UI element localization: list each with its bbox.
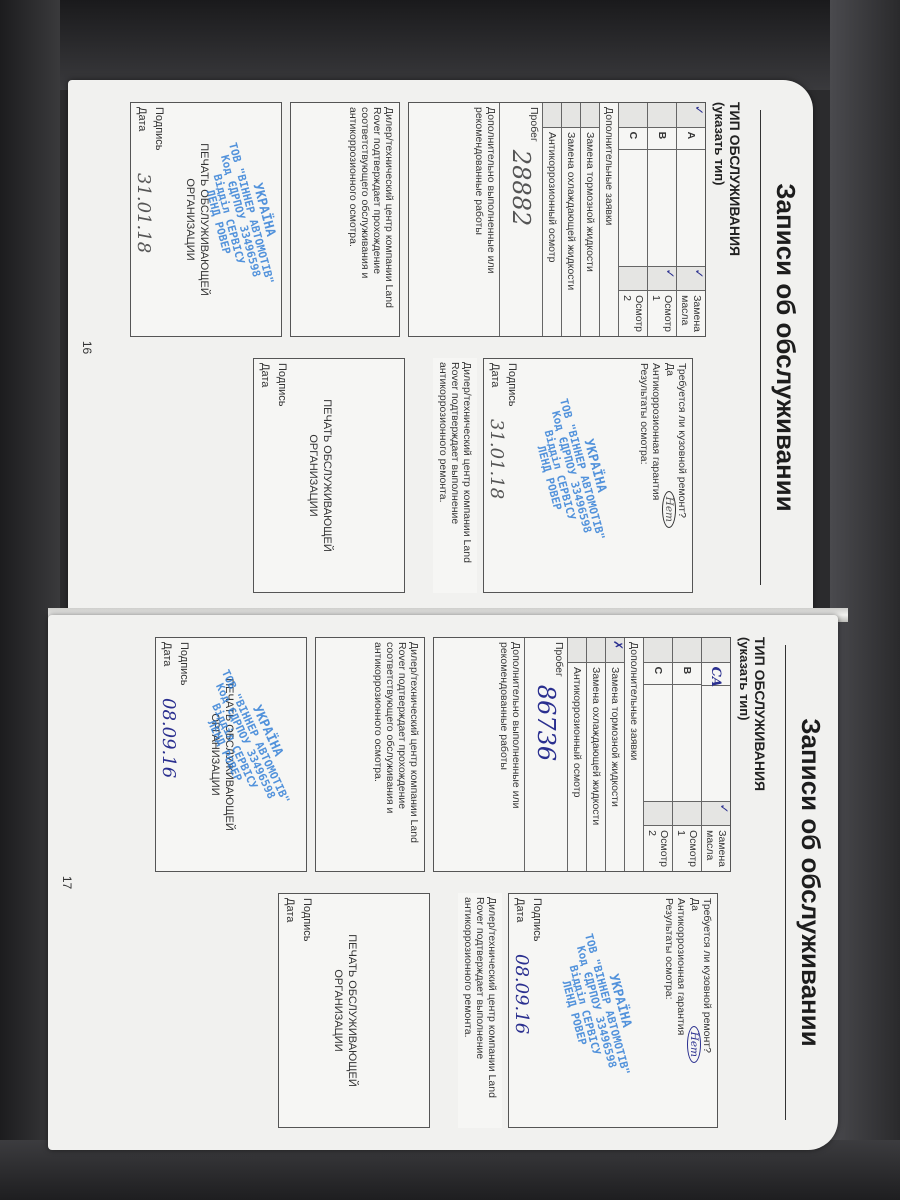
service-type-sub: (указать тип)	[737, 637, 752, 872]
checkbox-brake-fluid[interactable]: ✗	[606, 638, 624, 663]
seal-box: ПЕЧАТЬ ОБСЛУЖИВАЮЩЕЙ ОРГАНИЗАЦИИ Подпись…	[253, 358, 405, 593]
blank-cell	[644, 685, 672, 801]
checkbox-a[interactable]: ✓	[677, 103, 705, 128]
service-type-header: ТИП ОБСЛУЖИВАНИЯ	[727, 102, 743, 337]
extra-label: Антикоррозионный осмотр	[543, 128, 561, 336]
date-label: Дата	[489, 363, 501, 387]
extra-row: Антикоррозионный осмотр	[567, 638, 586, 871]
service-type-table: CA ✓ Замена масла B Осмотр 1 C	[433, 637, 731, 872]
type-letter: B	[648, 128, 676, 151]
date-label: Дата	[284, 898, 296, 922]
page-title: Записи об обслуживании	[795, 615, 826, 1150]
checkbox-c[interactable]	[619, 103, 647, 128]
check-mark-icon: ✓	[692, 269, 706, 279]
service-date[interactable]: 31.01.18	[133, 173, 154, 253]
checkbox-b[interactable]	[673, 638, 701, 663]
extra-row: Замена охлаждающей жидкости	[561, 103, 580, 336]
type-letter: C	[644, 663, 672, 686]
mileage-row: Пробег 28882	[499, 103, 542, 336]
yes-option[interactable]: Да	[687, 898, 701, 911]
type-mark-handwritten: CA	[702, 663, 730, 686]
type-label: Осмотр 1	[648, 291, 676, 336]
blank-cell	[702, 686, 730, 802]
checkbox-anticorrosion[interactable]	[568, 638, 586, 663]
type-row-a: CA ✓ Замена масла	[701, 638, 730, 871]
blank-cell	[619, 150, 647, 266]
seal-label: ПЕЧАТЬ ОБСЛУЖИВАЮЩЕЙ ОРГАНИЗАЦИИ	[330, 894, 359, 1127]
checkbox-inspection-2[interactable]	[644, 802, 672, 827]
date-label: Дата	[514, 898, 526, 922]
type-row-c: C Осмотр 2	[618, 103, 647, 336]
repair-record-column: Требуется ли кузовной ремонт? ДаНет Анти…	[278, 893, 768, 1128]
check-mark-icon: ✓	[717, 804, 731, 814]
dealer-repair-confirmation: Дилер/технический центр компании Land Ro…	[458, 893, 502, 1128]
type-letter: C	[619, 128, 647, 151]
additional-work-label: Дополнительно выполненные или рекомендов…	[434, 638, 524, 871]
title-divider	[760, 110, 761, 585]
extras-header: Дополнительные заявки	[625, 638, 643, 871]
service-type-sub: (указать тип)	[712, 102, 727, 337]
type-row-c: C Осмотр 2	[643, 638, 672, 871]
checkbox-oil[interactable]: ✓	[677, 267, 705, 292]
date-label: Дата	[259, 363, 271, 387]
checkbox-coolant[interactable]	[587, 638, 605, 663]
extra-label: Замена охлаждающей жидкости	[587, 663, 605, 871]
checkbox-inspection-1[interactable]	[673, 802, 701, 827]
repair-record-column: Требуется ли кузовной ремонт? ДаНет Анти…	[253, 358, 743, 593]
anticorrosion-warranty: Антикоррозионная гарантия	[675, 898, 687, 1123]
extra-label: Замена охлаждающей жидкости	[562, 128, 580, 336]
service-type-header: ТИП ОБСЛУЖИВАНИЯ	[752, 637, 768, 872]
title-divider	[785, 645, 786, 1120]
signature-label: Подпись	[153, 107, 165, 151]
inspection-results: Результаты осмотра:	[663, 898, 675, 1123]
dealer-stamp: УКРАЇНА ТОВ "ВІННЕР АВТОМОТІВ" Код ЄДРПО…	[188, 662, 304, 819]
checkbox-anticorrosion[interactable]	[543, 103, 561, 128]
check-mark-icon: ✓	[692, 105, 706, 115]
blank-cell	[648, 150, 676, 266]
checkbox-oil[interactable]: ✓	[702, 802, 730, 827]
mileage-row: Пробег 86736	[524, 638, 567, 871]
type-label: Осмотр 2	[644, 826, 672, 871]
extras-header-row: Дополнительные заявки	[624, 638, 643, 871]
date-label: Дата	[161, 642, 173, 666]
checkbox-b[interactable]	[648, 103, 676, 128]
body-repair-box: Требуется ли кузовной ремонт? ДаНет Анти…	[508, 893, 718, 1128]
type-label: Осмотр 2	[619, 291, 647, 336]
checkbox-brake-fluid[interactable]	[581, 103, 599, 128]
mileage-value[interactable]: 86736	[525, 681, 567, 871]
page-number: 16	[80, 80, 94, 615]
signature-label: Подпись	[301, 898, 313, 942]
body-repair-question: Требуется ли кузовной ремонт?	[676, 363, 688, 588]
service-booklet: Записи об обслуживании ТИП ОБСЛУЖИВАНИЯ …	[48, 80, 848, 1180]
service-type-table: ✓ A ✓ Замена масла B ✓ Осмотр 1	[408, 102, 706, 337]
blank-cell	[677, 150, 705, 266]
mileage-label: Пробег	[500, 103, 542, 146]
page-title: Записи об обслуживании	[770, 80, 801, 615]
seal-box: ПЕЧАТЬ ОБСЛУЖИВАЮЩЕЙ ОРГАНИЗАЦИИ УКРАЇНА…	[155, 637, 307, 872]
type-row-a: ✓ A ✓ Замена масла	[676, 103, 705, 336]
page-number: 17	[60, 615, 74, 1150]
checkbox-inspection-2[interactable]	[619, 267, 647, 292]
extra-row: Антикоррозионный осмотр	[542, 103, 561, 336]
type-label: Замена масла	[702, 826, 730, 871]
type-letter: A	[677, 128, 705, 151]
repair-date[interactable]: 31.01.18	[486, 419, 507, 499]
mileage-value[interactable]: 28882	[500, 146, 542, 336]
additional-work-row: Дополнительно выполненные или рекомендов…	[434, 638, 524, 871]
yes-option[interactable]: Да	[662, 363, 676, 376]
additional-work-label: Дополнительно выполненные или рекомендов…	[409, 103, 499, 336]
mileage-label: Пробег	[525, 638, 567, 681]
type-letter: B	[673, 663, 701, 686]
signature-label: Подпись	[506, 363, 518, 407]
extra-row: ✗Замена тормозной жидкости	[605, 638, 624, 871]
type-row-b: B Осмотр 1	[672, 638, 701, 871]
dealer-stamp: УКРАЇНА ТОВ "ВІННЕР АВТОМОТІВ" Код ЄДРПО…	[549, 929, 645, 1085]
type-label: Осмотр 1	[673, 826, 701, 871]
type-row-b: B ✓ Осмотр 1	[647, 103, 676, 336]
additional-work-row: Дополнительно выполненные или рекомендов…	[409, 103, 499, 336]
checkbox-a[interactable]	[702, 638, 730, 663]
extra-row: Замена тормозной жидкости	[580, 103, 599, 336]
checkbox-coolant[interactable]	[562, 103, 580, 128]
extra-label: Замена тормозной жидкости	[606, 663, 624, 871]
page-16: Записи об обслуживании ТИП ОБСЛУЖИВАНИЯ …	[68, 80, 813, 615]
checkbox-c[interactable]	[644, 638, 672, 663]
service-date[interactable]: 08.09.16	[158, 698, 179, 778]
seal-label: ПЕЧАТЬ ОБСЛУЖИВАЮЩЕЙ ОРГАНИЗАЦИИ	[305, 359, 334, 592]
no-option-circled[interactable]: Нет	[662, 491, 676, 528]
dealer-repair-confirmation: Дилер/технический центр компании Land Ro…	[433, 358, 477, 593]
signature-label: Подпись	[531, 898, 543, 942]
body-repair-box: Требуется ли кузовной ремонт? ДаНет Анти…	[483, 358, 693, 593]
extras-header-row: Дополнительные заявки	[599, 103, 618, 336]
car-interior-top	[0, 0, 900, 90]
service-record-column: ТИП ОБСЛУЖИВАНИЯ (указать тип) CA ✓ Заме…	[155, 637, 768, 872]
service-record-column: ТИП ОБСЛУЖИВАНИЯ (указать тип) ✓ A ✓ Зам…	[130, 102, 743, 337]
extra-row: Замена охлаждающей жидкости	[586, 638, 605, 871]
dealer-stamp: УКРАЇНА ТОВ "ВІННЕР АВТОМОТІВ" Код ЄДРПО…	[524, 394, 620, 550]
extra-label: Замена тормозной жидкости	[581, 128, 599, 336]
signature-label: Подпись	[178, 642, 190, 686]
page-17: Записи об обслуживании ТИП ОБСЛУЖИВАНИЯ …	[48, 615, 838, 1150]
check-mark-icon: ✗	[611, 640, 625, 650]
seal-box: ПЕЧАТЬ ОБСЛУЖИВАЮЩЕЙ ОРГАНИЗАЦИИ УКРАЇНА…	[130, 102, 282, 337]
checkbox-inspection-1[interactable]: ✓	[648, 267, 676, 292]
type-label: Замена масла	[677, 291, 705, 336]
seal-box: ПЕЧАТЬ ОБСЛУЖИВАЮЩЕЙ ОРГАНИЗАЦИИ Подпись…	[278, 893, 430, 1128]
date-label: Дата	[136, 107, 148, 131]
signature-label: Подпись	[276, 363, 288, 407]
blank-cell	[673, 685, 701, 801]
repair-date[interactable]: 08.09.16	[511, 954, 532, 1034]
dealer-service-confirmation: Дилер/технический центр компании Land Ro…	[315, 637, 425, 872]
check-mark-icon: ✓	[663, 269, 677, 279]
no-option-circled[interactable]: Нет	[687, 1026, 701, 1063]
anticorrosion-warranty: Антикоррозионная гарантия	[650, 363, 662, 588]
body-repair-question: Требуется ли кузовной ремонт?	[701, 898, 713, 1123]
inspection-results: Результаты осмотра:	[638, 363, 650, 588]
extras-header: Дополнительные заявки	[600, 103, 618, 336]
extra-label: Антикоррозионный осмотр	[568, 663, 586, 871]
seal-label: ПЕЧАТЬ ОБСЛУЖИВАЮЩЕЙ ОРГАНИЗАЦИИ	[182, 103, 211, 336]
dealer-service-confirmation: Дилер/технический центр компании Land Ro…	[290, 102, 400, 337]
